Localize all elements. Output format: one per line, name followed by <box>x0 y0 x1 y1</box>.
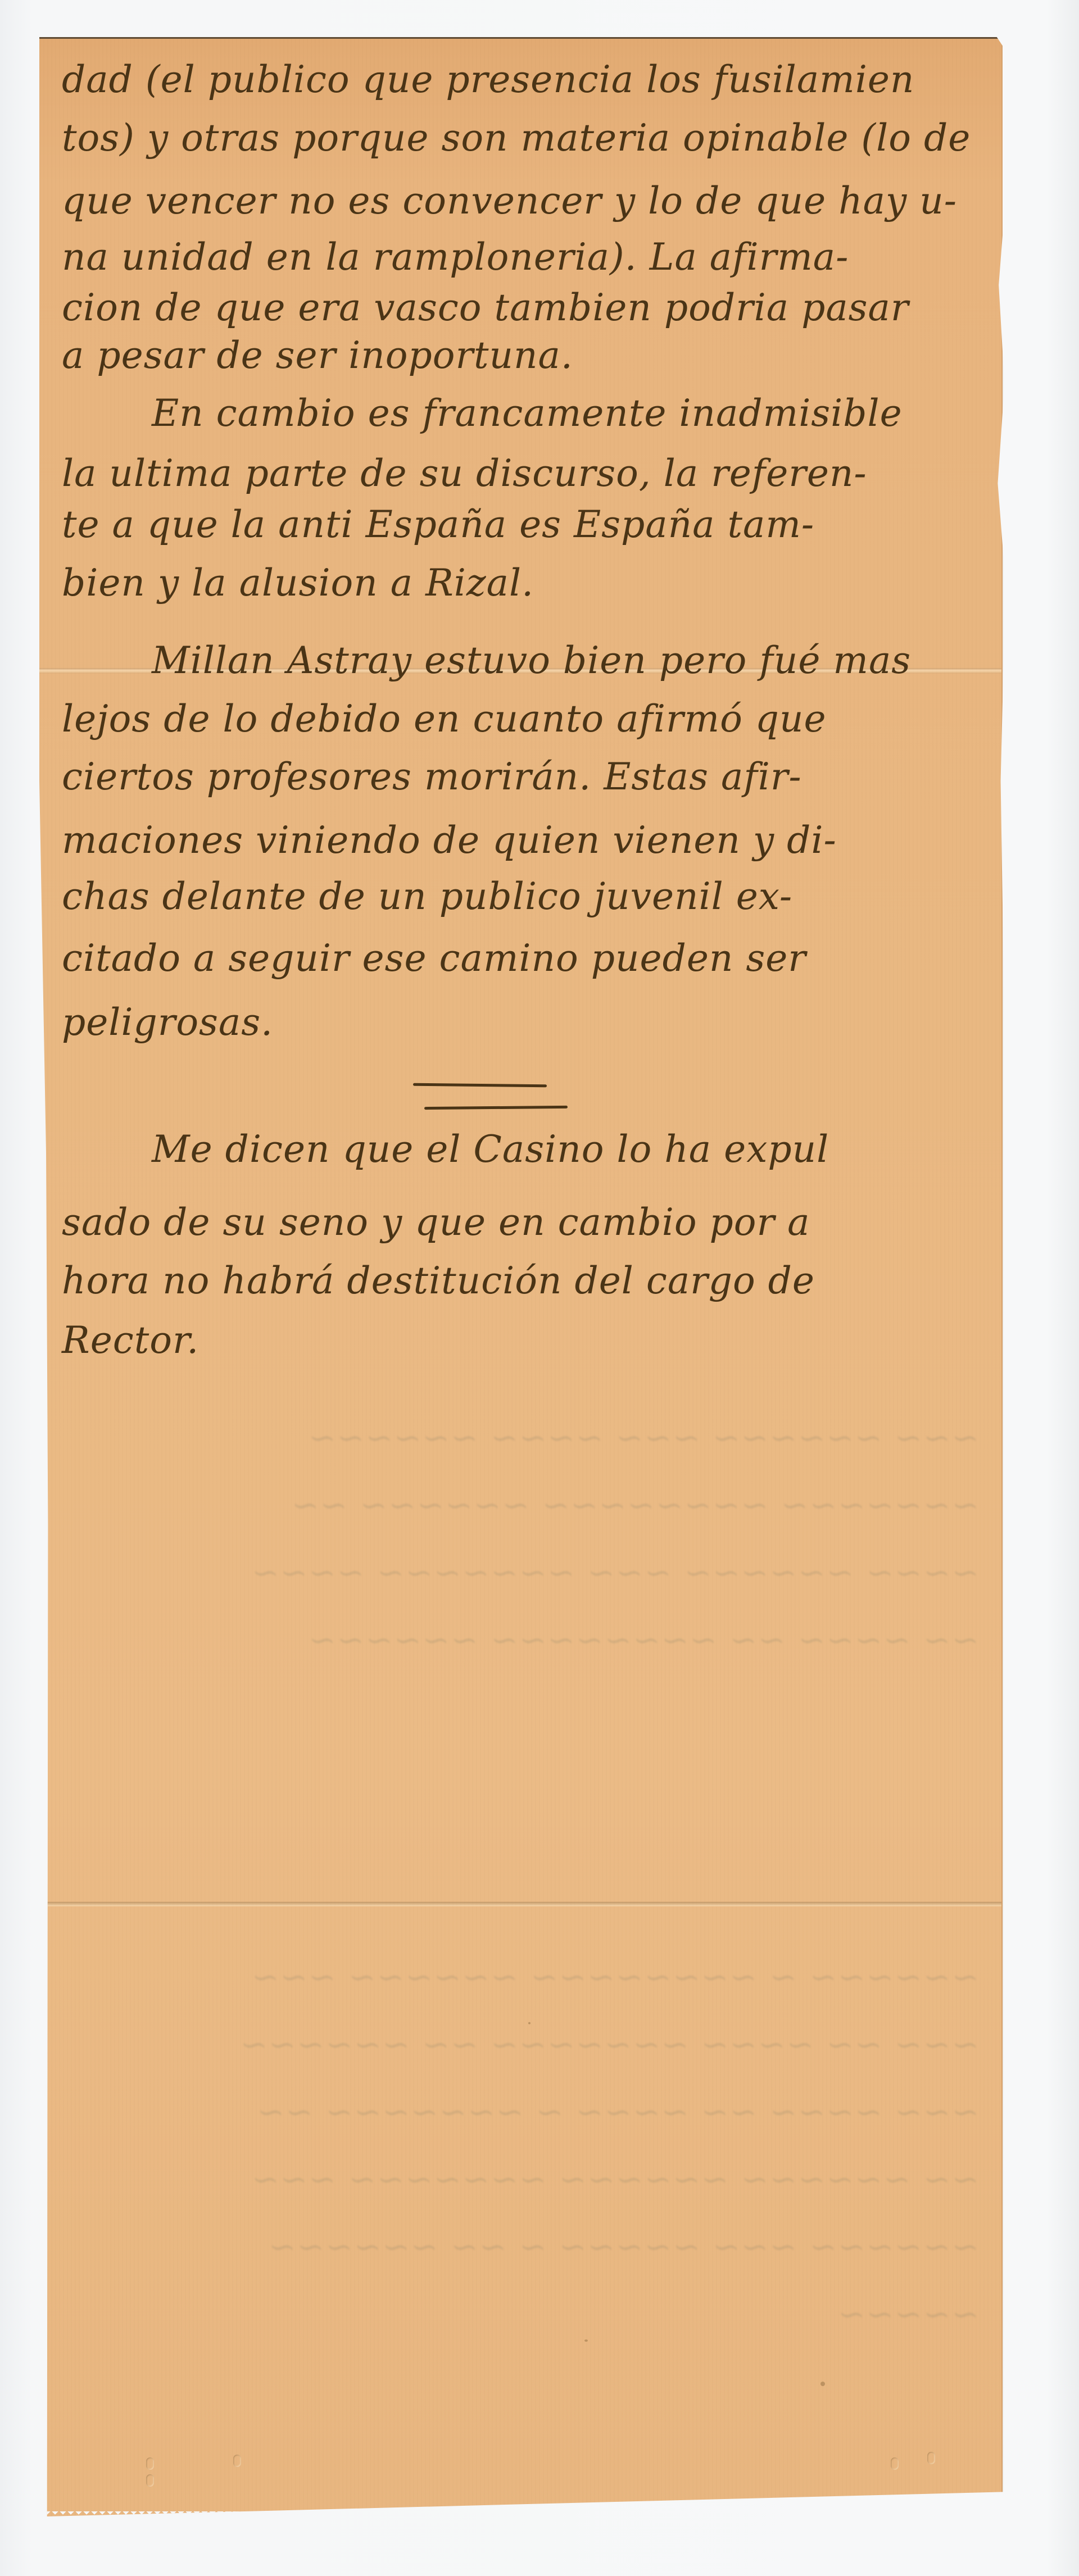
text-line: ciertos profesores morirán. Estas afir- <box>62 755 802 798</box>
text-line: lejos de lo debido en cuanto afirmó que <box>62 697 827 740</box>
text-line: tos) y otras porque son materia opinable… <box>62 116 971 160</box>
emboss-mark <box>927 2452 935 2464</box>
text-line: cion de que era vasco tambien podria pas… <box>62 286 909 329</box>
bleed-through-text-lower: ~~~~~~ ~ ~~~~~~~~ ~~~~~~ ~~~ ~~~ ~~ ~~~~… <box>62 1943 979 2348</box>
text-line: Me dicen que el Casino lo ha expul <box>152 1128 829 1171</box>
text-line: Rector. <box>62 1319 199 1362</box>
text-line: te a que la anti España es España tam- <box>62 503 814 546</box>
text-line: a pesar de ser inoportuna. <box>62 334 573 377</box>
ink-spot <box>820 2382 825 2386</box>
text-line: Millan Astray estuvo bien pero fué mas <box>152 639 911 682</box>
text-line: peligrosas. <box>62 1001 273 1044</box>
text-line: bien y la alusion a Rizal. <box>62 561 534 605</box>
text-line: hora no habrá destitución del cargo de <box>62 1259 815 1302</box>
emboss-mark <box>146 2457 154 2470</box>
text-line: la ultima parte de su discurso, la refer… <box>62 452 867 495</box>
text-line: maciones viniendo de quien vienen y di- <box>62 819 837 862</box>
bleed-through-text: ~~~ ~~~~~~ ~~~ ~~~~ ~~~~~~ ~~~~~~~ ~~~~~… <box>62 1404 979 1674</box>
emboss-mark <box>891 2457 899 2470</box>
text-line: chas delante de un publico juvenil ex- <box>62 875 792 918</box>
emboss-mark <box>233 2455 241 2467</box>
emboss-mark <box>146 2474 154 2487</box>
separator-stroke-2 <box>424 1106 568 1110</box>
text-line: que vencer no es convencer y lo de que h… <box>62 179 957 222</box>
letter-page: ~~~ ~~~~~~ ~~~ ~~~~ ~~~~~~ ~~~~~~~ ~~~~~… <box>39 37 1003 2516</box>
text-line: citado a seguir ese camino pueden ser <box>62 937 806 980</box>
ink-spot <box>528 2022 531 2024</box>
text-line: sado de su seno y que en cambio por a <box>62 1201 810 1244</box>
ink-spot <box>584 2339 588 2342</box>
separator-stroke-1 <box>413 1083 547 1087</box>
text-line: dad (el publico que presencia los fusila… <box>62 58 914 101</box>
fold-crease-lower <box>39 1902 1001 1906</box>
text-line: En cambio es francamente inadmisible <box>152 392 903 435</box>
text-line: na unidad en la ramploneria). La afirma- <box>62 235 849 279</box>
